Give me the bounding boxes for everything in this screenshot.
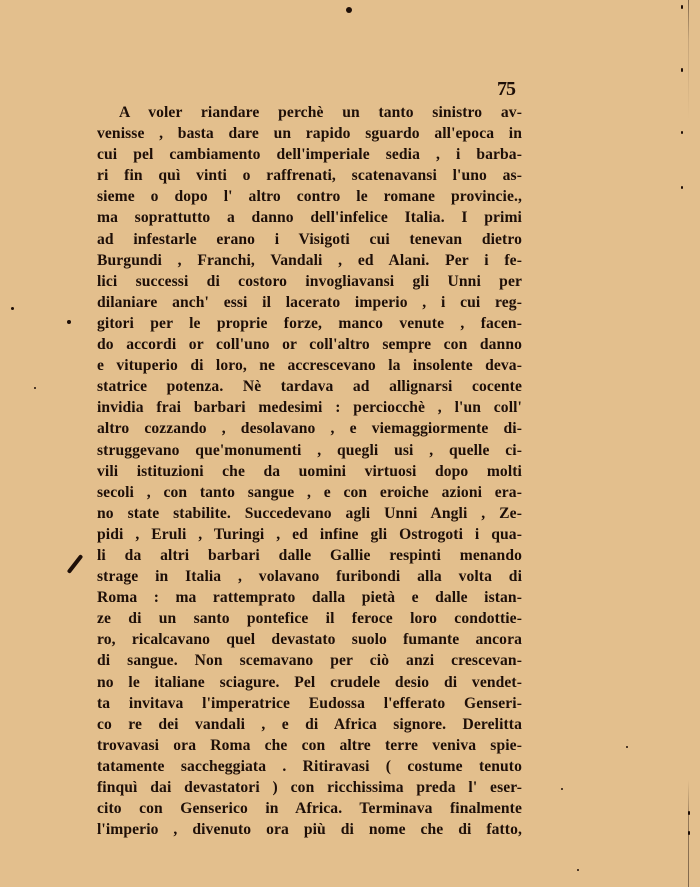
text-line: do accordi or coll'uno or coll'altro sem… bbox=[97, 334, 522, 355]
text-line: altro cozzando , desolavano , e viemaggi… bbox=[97, 418, 522, 439]
text-line: ad infestarle erano i Visigoti cui tenev… bbox=[97, 229, 522, 250]
ink-speck bbox=[561, 788, 563, 790]
text-line: Roma : ma rattemprato dalla pietà e dall… bbox=[97, 587, 522, 608]
text-line: dilaniare anch' essi il lacerato imperio… bbox=[97, 292, 522, 313]
text-line: di sangue. Non scemavano per ciò anzi cr… bbox=[97, 650, 522, 671]
text-line: ro, ricalcavano quel devastato suolo fum… bbox=[97, 629, 522, 650]
ink-speck bbox=[681, 186, 683, 189]
text-line: pidi , Eruli , Turingi , ed infine gli O… bbox=[97, 524, 522, 545]
body-text: A voler riandare perchè un tanto sinistr… bbox=[97, 102, 522, 840]
ink-speck bbox=[681, 68, 683, 72]
ink-speck bbox=[681, 131, 683, 134]
ink-speck bbox=[688, 811, 690, 815]
text-line: ze di un santo pontefice il feroce loro … bbox=[97, 608, 522, 629]
text-line: l'imperio , divenuto ora più di nome che… bbox=[97, 819, 522, 840]
page-edge-shadow bbox=[688, 0, 689, 887]
page-number: 75 bbox=[497, 78, 515, 101]
text-line: invidia frai barbari medesimi : perciocc… bbox=[97, 397, 522, 418]
text-line: no le italiane sciagure. Pel crudele des… bbox=[97, 672, 522, 693]
ink-speck bbox=[681, 5, 683, 9]
text-line: e vituperio di loro, ne accrescevano la … bbox=[97, 355, 522, 376]
text-line: cito con Genserico in Africa. Terminava … bbox=[97, 798, 522, 819]
margin-pen-mark bbox=[67, 554, 84, 574]
text-line: vili istituzioni che da uomini virtuosi … bbox=[97, 461, 522, 482]
text-line: ma soprattutto a danno dell'infelice Ita… bbox=[97, 207, 522, 228]
text-line: no state stabilite. Succedevano agli Unn… bbox=[97, 503, 522, 524]
text-line: co re dei vandali , e di Africa signore.… bbox=[97, 714, 522, 735]
text-line: strage in Italia , volavano furibondi al… bbox=[97, 566, 522, 587]
ink-speck bbox=[346, 7, 352, 13]
text-line: cui pel cambiamento dell'imperiale sedia… bbox=[97, 144, 522, 165]
text-line: sieme o dopo l' altro contro le romane p… bbox=[97, 186, 522, 207]
text-line: ta invitava l'imperatrice Eudossa l'effe… bbox=[97, 693, 522, 714]
text-line: secoli , con tanto sangue , e con eroich… bbox=[97, 482, 522, 503]
ink-speck bbox=[688, 831, 690, 835]
text-line: trovavasi ora Roma che con altre terre v… bbox=[97, 735, 522, 756]
text-line: struggevano que'monumenti , quegli usi ,… bbox=[97, 440, 522, 461]
ink-speck bbox=[67, 320, 71, 324]
ink-speck bbox=[626, 746, 628, 748]
text-line: li da altri barbari dalle Gallie respint… bbox=[97, 545, 522, 566]
ink-speck bbox=[34, 387, 36, 389]
text-line: A voler riandare perchè un tanto sinistr… bbox=[97, 102, 522, 123]
text-line: lici successi di costoro invogliavansi g… bbox=[97, 271, 522, 292]
text-line: venisse , basta dare un rapido sguardo a… bbox=[97, 123, 522, 144]
text-line: ri fin quì vinti o raffrenati, scatenava… bbox=[97, 165, 522, 186]
text-line: tatamente saccheggiata . Ritiravasi ( co… bbox=[97, 756, 522, 777]
ink-speck bbox=[577, 869, 579, 871]
text-line: gitori per le proprie forze, manco venut… bbox=[97, 313, 522, 334]
scanned-book-page: 75 A voler riandare perchè un tanto sini… bbox=[0, 0, 700, 887]
text-line: Burgundi , Franchi, Vandali , ed Alani. … bbox=[97, 250, 522, 271]
ink-speck bbox=[11, 307, 14, 310]
text-line: statrice potenza. Nè tardava ad allignar… bbox=[97, 376, 522, 397]
text-line: finquì dai devastatori ) con ricchissima… bbox=[97, 777, 522, 798]
